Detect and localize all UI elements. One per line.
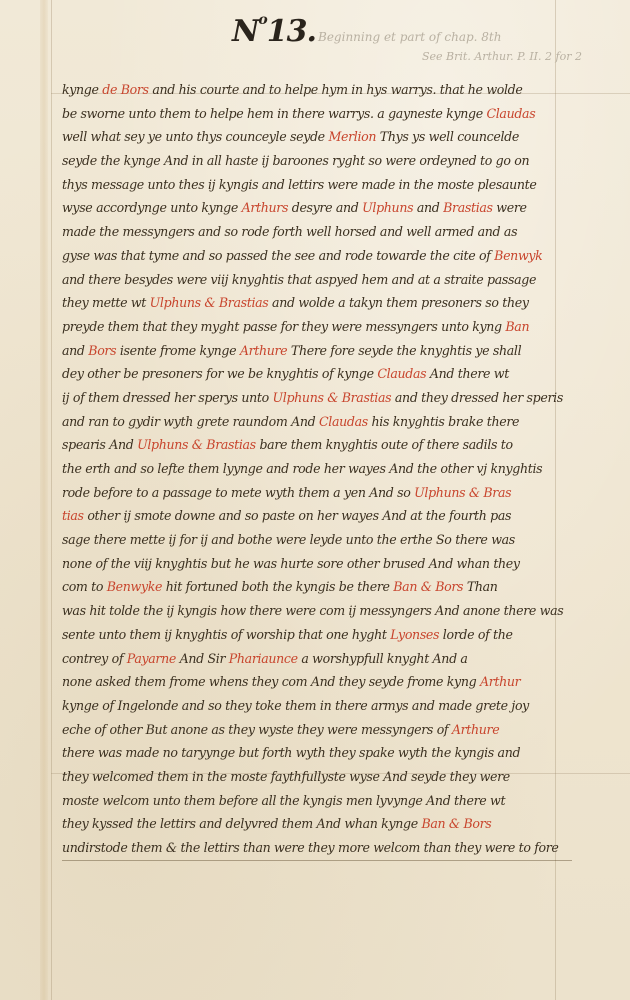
line-text: Than: [463, 579, 497, 594]
line-text: be sworne unto them to helpe hem in ther…: [62, 106, 486, 121]
line-text: com to: [62, 579, 107, 594]
manuscript-line: contrey of Payarne And Sir Phariaunce a …: [62, 647, 572, 671]
manuscript-line: tias other ij smote downe and so paste o…: [62, 504, 572, 528]
rubricated-name: Ulphuns & Brastias: [273, 390, 392, 405]
line-text: and wolde a takyn them presoners so they: [268, 295, 528, 310]
manuscript-line: wyse accordynge unto kynge Arthurs desyr…: [62, 196, 572, 220]
rubricated-name: Ban & Bors: [393, 579, 463, 594]
manuscript-line: ij of them dressed her sperys unto Ulphu…: [62, 386, 572, 410]
line-text: bare them knyghtis oute of there sadils …: [256, 437, 513, 452]
line-text: kynge of Ingelonde and so they toke them…: [62, 698, 529, 713]
manuscript-text-block: kynge de Bors and his courte and to help…: [62, 78, 572, 861]
rubricated-name: Arthurs: [242, 200, 288, 215]
line-text: spearis And: [62, 437, 137, 452]
line-text: thys message unto thes ij kyngis and let…: [62, 177, 536, 192]
line-text: his knyghtis brake there: [368, 414, 519, 429]
rubricated-name: Arthure: [452, 722, 499, 737]
rubricated-name: Merlion: [328, 129, 376, 144]
manuscript-line: none of the viij knyghtis but he was hur…: [62, 552, 572, 576]
manuscript-line: thys message unto thes ij kyngis and let…: [62, 173, 572, 197]
manuscript-line: com to Benwyke hit fortuned both the kyn…: [62, 575, 572, 599]
manuscript-line: kynge of Ingelonde and so they toke them…: [62, 694, 572, 718]
line-text: were: [493, 200, 527, 215]
line-text: And there wt: [426, 366, 509, 381]
line-text: seyde the kynge And in all haste ij baro…: [62, 153, 529, 168]
manuscript-line: and Bors isente frome kynge Arthure Ther…: [62, 339, 572, 363]
line-text: sente unto them ij knyghtis of worship t…: [62, 627, 390, 642]
line-text: sage there mette ij for ij and bothe wer…: [62, 532, 515, 547]
manuscript-line: they welcomed them in the moste faythful…: [62, 765, 572, 789]
manuscript-line: was hit tolde the ij kyngis how there we…: [62, 599, 572, 623]
line-text: made the messyngers and so rode forth we…: [62, 224, 517, 239]
rubricated-name: Phariaunce: [229, 651, 298, 666]
manuscript-line: and there besydes were viij knyghtis tha…: [62, 268, 572, 292]
rubricated-name: Payarne: [127, 651, 176, 666]
line-text: and his courte and to helpe hym in hys w…: [149, 82, 523, 97]
folio-prefix: N: [232, 14, 258, 49]
line-text: preyde them that they myght passe for th…: [62, 319, 505, 334]
line-text: ij of them dressed her sperys unto: [62, 390, 273, 405]
line-text: and: [62, 343, 88, 358]
rubricated-name: Benwyk: [494, 248, 542, 263]
manuscript-line: gyse was that tyme and so passed the see…: [62, 244, 572, 268]
folio-number: No13.: [232, 14, 316, 49]
rubricated-name: Ulphuns & Bras: [414, 485, 511, 500]
line-text: There fore seyde the knyghtis ye shall: [287, 343, 521, 358]
line-text: they mette wt: [62, 295, 150, 310]
manuscript-line: seyde the kynge And in all haste ij baro…: [62, 149, 572, 173]
line-text: the erth and so lefte them lyynge and ro…: [62, 461, 542, 476]
manuscript-line: and ran to gydir wyth grete raundom And …: [62, 410, 572, 434]
line-text: they welcomed them in the moste faythful…: [62, 769, 510, 784]
manuscript-line: made the messyngers and so rode forth we…: [62, 220, 572, 244]
rubricated-name: Claudas: [377, 366, 426, 381]
margin-note-1: Beginning et part of chap. 8th: [318, 30, 502, 44]
line-text: undirstode them & the lettirs than were …: [62, 840, 559, 855]
line-text: none of the viij knyghtis but he was hur…: [62, 556, 520, 571]
line-text: and ran to gydir wyth grete raundom And: [62, 414, 319, 429]
manuscript-page: No13. Beginning et part of chap. 8th See…: [0, 0, 630, 1000]
line-text: lorde of the: [439, 627, 512, 642]
rubricated-name: Benwyke: [107, 579, 162, 594]
line-text: there was made no taryynge but forth wyt…: [62, 745, 520, 760]
manuscript-line: moste welcom unto them before all the ky…: [62, 789, 572, 813]
manuscript-line: eche of other But anone as they wyste th…: [62, 718, 572, 742]
manuscript-line: spearis And Ulphuns & Brastias bare them…: [62, 433, 572, 457]
line-text: contrey of: [62, 651, 127, 666]
line-text: isente frome kynge: [116, 343, 240, 358]
line-text: and they dressed her speris: [391, 390, 563, 405]
manuscript-line: they mette wt Ulphuns & Brastias and wol…: [62, 291, 572, 315]
line-text: they kyssed the lettirs and delyvred the…: [62, 816, 421, 831]
line-text: eche of other But anone as they wyste th…: [62, 722, 452, 737]
line-text: kynge: [62, 82, 102, 97]
margin-note-2: See Brit. Arthur. P. II. 2 for 2: [422, 50, 582, 63]
line-text: And Sir: [176, 651, 229, 666]
line-text: moste welcom unto them before all the ky…: [62, 793, 505, 808]
rubricated-name: Ulphuns & Brastias: [150, 295, 269, 310]
line-text: and: [413, 200, 443, 215]
line-text: well what sey ye unto thys counceyle sey…: [62, 129, 328, 144]
manuscript-line: none asked them frome whens they com And…: [62, 670, 572, 694]
rubricated-name: de Bors: [102, 82, 148, 97]
line-text: was hit tolde the ij kyngis how there we…: [62, 603, 563, 618]
line-text: dey other be presoners for we be knyghti…: [62, 366, 377, 381]
rubricated-name: Brastias: [443, 200, 493, 215]
line-text: wyse accordynge unto kynge: [62, 200, 242, 215]
rubricated-name: Ulphuns & Brastias: [137, 437, 256, 452]
rubricated-name: Ban & Bors: [421, 816, 491, 831]
line-text: and there besydes were viij knyghtis tha…: [62, 272, 536, 287]
manuscript-line: sage there mette ij for ij and bothe wer…: [62, 528, 572, 552]
manuscript-line: the erth and so lefte them lyynge and ro…: [62, 457, 572, 481]
page-gutter: [40, 0, 48, 1000]
folio-superscript: o: [258, 12, 266, 28]
line-text: other ij smote downe and so paste on her…: [84, 508, 511, 523]
line-text: rode before to a passage to mete wyth th…: [62, 485, 414, 500]
folio-digits: 13.: [267, 14, 316, 49]
rubricated-name: Claudas: [486, 106, 535, 121]
rubricated-name: Claudas: [319, 414, 368, 429]
manuscript-line: well what sey ye unto thys counceyle sey…: [62, 125, 572, 149]
line-text: a worshypfull knyght And a: [298, 651, 468, 666]
manuscript-line: there was made no taryynge but forth wyt…: [62, 741, 572, 765]
line-text: none asked them frome whens they com And…: [62, 674, 480, 689]
manuscript-line: they kyssed the lettirs and delyvred the…: [62, 812, 572, 836]
manuscript-line: preyde them that they myght passe for th…: [62, 315, 572, 339]
manuscript-line: kynge de Bors and his courte and to help…: [62, 78, 572, 102]
manuscript-line: dey other be presoners for we be knyghti…: [62, 362, 572, 386]
manuscript-line: sente unto them ij knyghtis of worship t…: [62, 623, 572, 647]
line-text: gyse was that tyme and so passed the see…: [62, 248, 494, 263]
line-text: desyre and: [288, 200, 362, 215]
margin-rule-left: [51, 0, 52, 1000]
manuscript-line: rode before to a passage to mete wyth th…: [62, 481, 572, 505]
rubricated-name: Arthur: [480, 674, 520, 689]
line-text: hit fortuned both the kyngis be there: [162, 579, 393, 594]
rubricated-name: tias: [62, 508, 84, 523]
rubricated-name: Ulphuns: [362, 200, 413, 215]
rubricated-name: Lyonses: [390, 627, 439, 642]
line-text: Thys ys well councelde: [376, 129, 519, 144]
rubricated-name: Ban: [505, 319, 529, 334]
rubricated-name: Bors: [88, 343, 116, 358]
rubricated-name: Arthure: [240, 343, 287, 358]
manuscript-line: undirstode them & the lettirs than were …: [62, 836, 572, 861]
manuscript-line: be sworne unto them to helpe hem in ther…: [62, 102, 572, 126]
